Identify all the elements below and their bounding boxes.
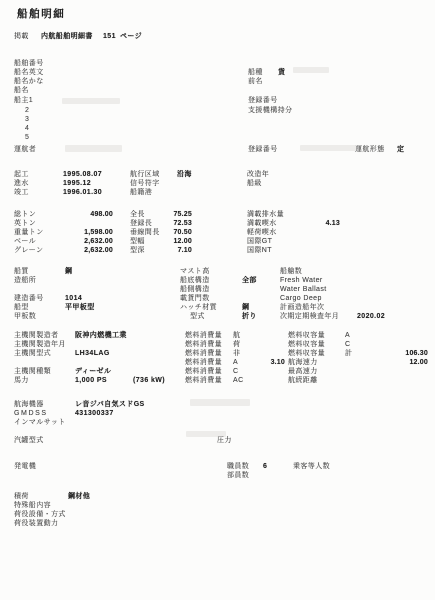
deadweight-value: 1,598.00 (58, 229, 113, 236)
cargo-label: 積荷 (14, 493, 29, 500)
cargo-doors-label: 載貨門数 (180, 295, 210, 302)
length-overall-label: 全長 (130, 211, 145, 218)
build-number-value: 1014 (65, 295, 82, 302)
header-page-number: 151 (103, 33, 116, 40)
fuel-consumption-label: 燃料消費量 (185, 377, 222, 384)
breadth-label: 型幅 (130, 238, 145, 245)
engine-date-label: 主機関製造年月 (14, 341, 66, 348)
special-ship-label: 特殊船内容 (14, 502, 51, 509)
gmdss-label: GMDSS (14, 410, 48, 417)
officers-value: 6 (263, 463, 267, 470)
operation-form-label: 運航形態 (355, 146, 385, 153)
bale-label: ベール (14, 238, 36, 245)
ship-name-en-label: 船名英文 (14, 69, 44, 76)
deadweight-label: 重量トン (14, 229, 44, 236)
length-pp-value: 70.50 (150, 229, 192, 236)
fuel-capacity-label: 燃料収容量 (288, 332, 325, 339)
fuel-capacity-total-value: 106.30 (378, 350, 428, 357)
full-draft-value: 4.13 (300, 220, 340, 227)
fuel-consumption-label: 燃料消費量 (185, 332, 222, 339)
bottom-structure-label: 船底構造 (180, 277, 210, 284)
fuel-capacity-q3: 計 (345, 350, 352, 357)
hatch-material-label: ハッチ材質 (180, 304, 217, 311)
gross-ton-value: 498.00 (58, 211, 113, 218)
fuel-capacity-q1: A (345, 332, 350, 339)
hull-material-label: 船質 (14, 268, 29, 275)
nav-area-value: 沿海 (177, 171, 192, 178)
fuel-consumption-q1: 航 (233, 332, 240, 339)
fuel-consumption-q5: C (233, 368, 238, 375)
fuel-capacity-q2: C (345, 341, 350, 348)
max-speed-label: 最高速力 (288, 368, 318, 375)
engine-maker-value: 阪神内燃機工業 (75, 332, 127, 339)
pressure-label: 圧力 (217, 437, 232, 444)
registered-length-value: 72.53 (150, 220, 192, 227)
header-book-title: 内航船舶明細書 (41, 33, 93, 40)
launch-label: 進水 (14, 180, 29, 187)
hatch-type-label: 型式 (190, 313, 205, 320)
remodel-year-label: 改造年 (247, 171, 269, 178)
light-draft-label: 軽荷喫水 (247, 229, 277, 236)
fuel-consumption-label: 燃料消費量 (185, 350, 222, 357)
owner-1-label: 船主1 (14, 97, 33, 104)
uk-ton-label: 英トン (14, 220, 36, 227)
depth-label: 型深 (130, 247, 145, 254)
redacted-area (65, 145, 122, 152)
next-survey-value: 2020.02 (357, 313, 385, 320)
redacted-area (190, 399, 250, 406)
full-draft-label: 満載喫水 (247, 220, 277, 227)
page-title: 船舶明細 (17, 9, 65, 20)
deck-count-label: 甲板数 (14, 313, 36, 320)
ship-form-label: 船型 (14, 304, 29, 311)
bottom-structure-value: 全部 (242, 277, 257, 284)
ship-detail-document: 船舶明細 掲載 内航船舶明細書 151 ページ 船舶番号 船名英文 船名かな 船… (0, 0, 435, 600)
operation-form-value: 定 (397, 146, 404, 153)
full-displacement-label: 満載排水量 (247, 211, 284, 218)
engine-maker-label: 主機関製造者 (14, 332, 58, 339)
owner-3-label: 3 (25, 116, 29, 123)
next-survey-label: 次期定期検査年月 (280, 313, 339, 320)
fuel-consumption-q3: 非 (233, 350, 240, 357)
horsepower-label: 馬力 (14, 377, 29, 384)
gross-ton-label: 総トン (14, 211, 36, 218)
redacted-area (293, 67, 329, 73)
hatch-type-value: 折り (242, 313, 257, 320)
header-page-suffix: ページ (120, 33, 142, 40)
nav-area-label: 航行区域 (130, 171, 160, 178)
cargo-handling-power-label: 荷役装置動力 (14, 520, 58, 527)
ship-type-value: 貨 (278, 69, 285, 76)
ship-number-label: 船舶番号 (14, 60, 44, 67)
grain-label: グレーン (14, 247, 43, 254)
owner-4-label: 4 (25, 125, 29, 132)
length-overall-value: 75.25 (150, 211, 192, 218)
launch-value: 1995.12 (63, 180, 91, 187)
plan-year-label: 計画造船年次 (280, 304, 324, 311)
registered-length-label: 登録長 (130, 220, 152, 227)
engine-model-value: LH34LAG (75, 350, 110, 357)
inmarsat-label: インマルサット (14, 419, 66, 426)
callsign-label: 信号符字 (130, 180, 160, 187)
registration-number-2-label: 登録番号 (248, 146, 278, 153)
water-ballast-label: Water Ballast (280, 286, 327, 293)
hull-material-value: 鋼 (65, 268, 72, 275)
horsepower-value: 1,000 PS (75, 377, 107, 384)
breadth-value: 12.00 (150, 238, 192, 245)
cargo-handling-label: 荷役設備・方式 (14, 511, 66, 518)
completion-value: 1996.01.30 (63, 189, 102, 196)
operator-label: 運航者 (14, 146, 36, 153)
ship-type-label: 船種 (248, 69, 263, 76)
boiler-type-label: 汽罐型式 (14, 437, 44, 444)
redacted-area (62, 98, 120, 104)
fuel-capacity-label: 燃料収容量 (288, 341, 325, 348)
ship-class-label: 船級 (247, 180, 262, 187)
sea-speed-value: 12.00 (378, 359, 428, 366)
keel-laid-label: 起工 (14, 171, 29, 178)
engine-kind-value: ディーゼル (75, 368, 111, 375)
engine-model-label: 主機関型式 (14, 350, 51, 357)
registration-number-label: 登録番号 (248, 97, 278, 104)
fuel-consumption-a-value: 3.10 (245, 359, 285, 366)
completion-label: 竣工 (14, 189, 29, 196)
owner-5-label: 5 (25, 134, 29, 141)
officers-label: 職員数 (227, 463, 249, 470)
former-name-label: 前名 (248, 78, 263, 85)
nav-equipment-label: 航海機器 (14, 401, 44, 408)
intl-gt-label: 国際GT (247, 238, 272, 245)
owner-2-label: 2 (25, 107, 29, 114)
header-prefix-label: 掲載 (14, 33, 29, 40)
fuel-consumption-label: 燃料消費量 (185, 359, 222, 366)
horsepower-kw-value: (736 kW) (133, 377, 165, 384)
depth-value: 7.10 (150, 247, 192, 254)
passengers-label: 乗客等人数 (293, 463, 330, 470)
ship-name-label: 船名 (14, 87, 29, 94)
fuel-consumption-label: 燃料消費量 (185, 368, 222, 375)
build-number-label: 建造番号 (14, 295, 44, 302)
hatch-material-value: 鋼 (242, 304, 249, 311)
sea-speed-label: 航海速力 (288, 359, 318, 366)
fuel-consumption-label: 燃料消費量 (185, 341, 222, 348)
gmdss-value: 431300337 (75, 410, 114, 417)
crew-count-label: 部員数 (227, 472, 249, 479)
redacted-area (300, 145, 356, 151)
intl-nt-label: 国際NT (247, 247, 272, 254)
engine-kind-label: 主機関種類 (14, 368, 51, 375)
cruising-range-label: 航続距離 (288, 377, 318, 384)
holds-count-label: 船艙数 (280, 268, 302, 275)
keel-laid-value: 1995.08.07 (63, 171, 102, 178)
ship-name-kana-label: 船名かな (14, 78, 44, 85)
nav-equipment-value: レ音ジパ自気スドGS (75, 401, 145, 408)
ship-form-value: 平甲板型 (65, 304, 95, 311)
grain-value: 2,632.00 (58, 247, 113, 254)
fuel-consumption-q2: 荷 (233, 341, 240, 348)
cargo-deep-label: Cargo Deep (280, 295, 322, 302)
fuel-capacity-label: 燃料収容量 (288, 350, 325, 357)
support-org-share-label: 支援機構持分 (248, 107, 292, 114)
fuel-consumption-q4: A (233, 359, 238, 366)
bale-value: 2,632.00 (58, 238, 113, 245)
fuel-consumption-q6: AC (233, 377, 244, 384)
side-structure-label: 船側構造 (180, 286, 210, 293)
generator-label: 発電機 (14, 463, 36, 470)
shipyard-label: 造船所 (14, 277, 36, 284)
registry-port-label: 船籍港 (130, 189, 152, 196)
mast-height-label: マスト高 (180, 268, 210, 275)
fresh-water-label: Fresh Water (280, 277, 323, 284)
cargo-value: 鋼材他 (68, 493, 90, 500)
